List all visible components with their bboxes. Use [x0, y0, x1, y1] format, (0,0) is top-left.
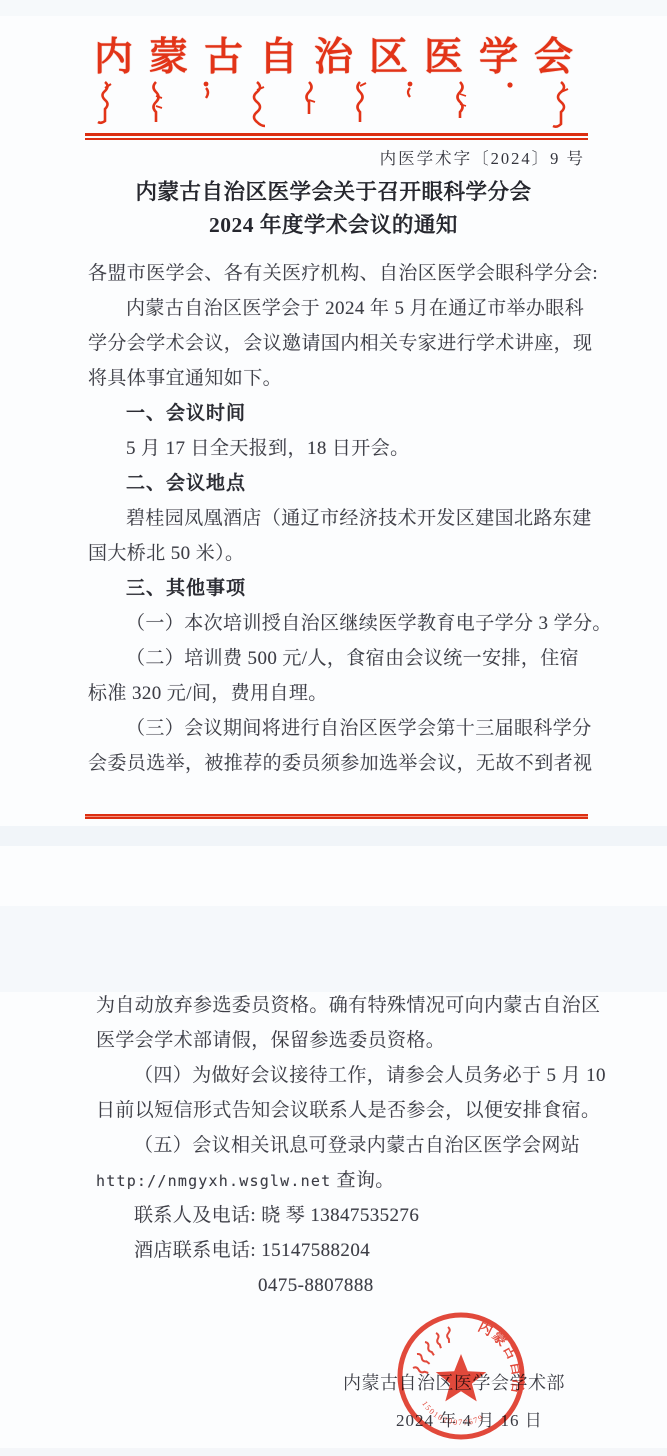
- mongolian-glyph: [96, 80, 114, 126]
- mongolian-glyph: [451, 80, 469, 120]
- mongolian-glyph: [198, 80, 214, 100]
- hotel-phone-line2: 0475-8807888: [96, 1268, 602, 1303]
- body-line: 学分会学术会议，会议邀请国内相关专家进行学术讲座，现: [88, 326, 590, 361]
- mongolian-glyph: [502, 80, 518, 94]
- body-line: （四）为做好会议接待工作，请参会人员务必于 5 月 10: [96, 1058, 602, 1093]
- body-line: 会委员选举，被推荐的委员须参加选举会议，无故不到者视: [88, 746, 590, 781]
- scan-artifact-band: [0, 0, 667, 16]
- salutation-line: 各盟市医学会、各有关医疗机构、自治区医学会眼科学分会:: [88, 256, 590, 291]
- body-line: 国大桥北 50 米）。: [88, 536, 590, 571]
- body-line: （三）会议期间将进行自治区医学会第十三届眼科学分: [88, 711, 590, 746]
- section-heading-1: 一、会议时间: [88, 396, 590, 431]
- page1-footer-rule: [85, 814, 588, 819]
- scan-artifact-band: [0, 1448, 667, 1456]
- section-heading-3: 三、其他事项: [88, 571, 590, 606]
- mongolian-glyph: [551, 80, 571, 128]
- website-url: http://nmgyxh.wsglw.net: [96, 1172, 331, 1190]
- page1-body: 各盟市医学会、各有关医疗机构、自治区医学会眼科学分会: 内蒙古自治区医学会于 2…: [88, 256, 590, 781]
- scan-artifact-band: [0, 826, 667, 846]
- document-title-line2: 2024 年度学术会议的通知: [0, 209, 667, 242]
- body-line: 碧桂园凤凰酒店（通辽市经济技术开发区建国北路东建: [88, 501, 590, 536]
- mongolian-glyph: [247, 80, 267, 130]
- body-line: 内蒙古自治区医学会于 2024 年 5 月在通辽市举办眼科: [88, 291, 590, 326]
- scanned-notice-document: 内蒙古自治区医学会: [0, 0, 667, 1456]
- mongolian-glyph: [351, 80, 369, 124]
- body-line: 为自动放弃参选委员资格。确有特殊情况可向内蒙古自治区: [96, 988, 602, 1023]
- letterhead-org-name: 内蒙古自治区医学会: [0, 26, 667, 82]
- body-line: （二）培训费 500 元/人，食宿由会议统一安排，住宿: [88, 641, 590, 676]
- body-line: 标准 320 元/间，费用自理。: [88, 676, 590, 711]
- seal-serial-number: 1501020077679: [420, 1399, 486, 1427]
- letterhead-rule-thin: [85, 138, 588, 140]
- website-line: http://nmgyxh.wsglw.net 查询。: [96, 1163, 602, 1198]
- body-line: （五）会议相关讯息可登录内蒙古自治区医学会网站: [96, 1128, 602, 1163]
- star-icon: [436, 1354, 486, 1401]
- body-line: （一）本次培训授自治区继续医学教育电子学分 3 学分。: [88, 606, 590, 641]
- mongolian-glyph: [402, 80, 418, 98]
- body-line: 日前以短信形式告知会议联系人是否参会，以便安排食宿。: [96, 1093, 602, 1128]
- body-line: 5 月 17 日全天报到，18 日开会。: [88, 431, 590, 466]
- website-suffix: 查询。: [336, 1170, 394, 1191]
- section-heading-2: 二、会议地点: [88, 466, 590, 501]
- hotel-phone-line: 酒店联系电话: 15147588204: [96, 1233, 602, 1268]
- mongolian-glyph: [300, 80, 318, 116]
- contact-line: 联系人及电话: 晓 琴 13847535276: [96, 1198, 602, 1233]
- mongolian-glyph: [147, 80, 165, 124]
- document-number: 内医学术字〔2024〕9 号: [380, 145, 585, 169]
- page2-body: 为自动放弃参选委员资格。确有特殊情况可向内蒙古自治区 医学会学术部请假，保留参选…: [96, 988, 602, 1303]
- scan-artifact-band: [0, 906, 667, 992]
- document-title: 内蒙古自治区医学会关于召开眼科学分会 2024 年度学术会议的通知: [0, 176, 667, 242]
- mongolian-script-row: [0, 80, 667, 130]
- document-title-line1: 内蒙古自治区医学会关于召开眼科学分会: [0, 176, 667, 209]
- body-line: 医学会学术部请假，保留参选委员资格。: [96, 1023, 602, 1058]
- body-line: 将具体事宜通知如下。: [88, 361, 590, 396]
- official-seal: 内蒙古自治区医学会 1501020077679: [391, 1306, 531, 1446]
- letterhead-rule-thick: [85, 133, 588, 136]
